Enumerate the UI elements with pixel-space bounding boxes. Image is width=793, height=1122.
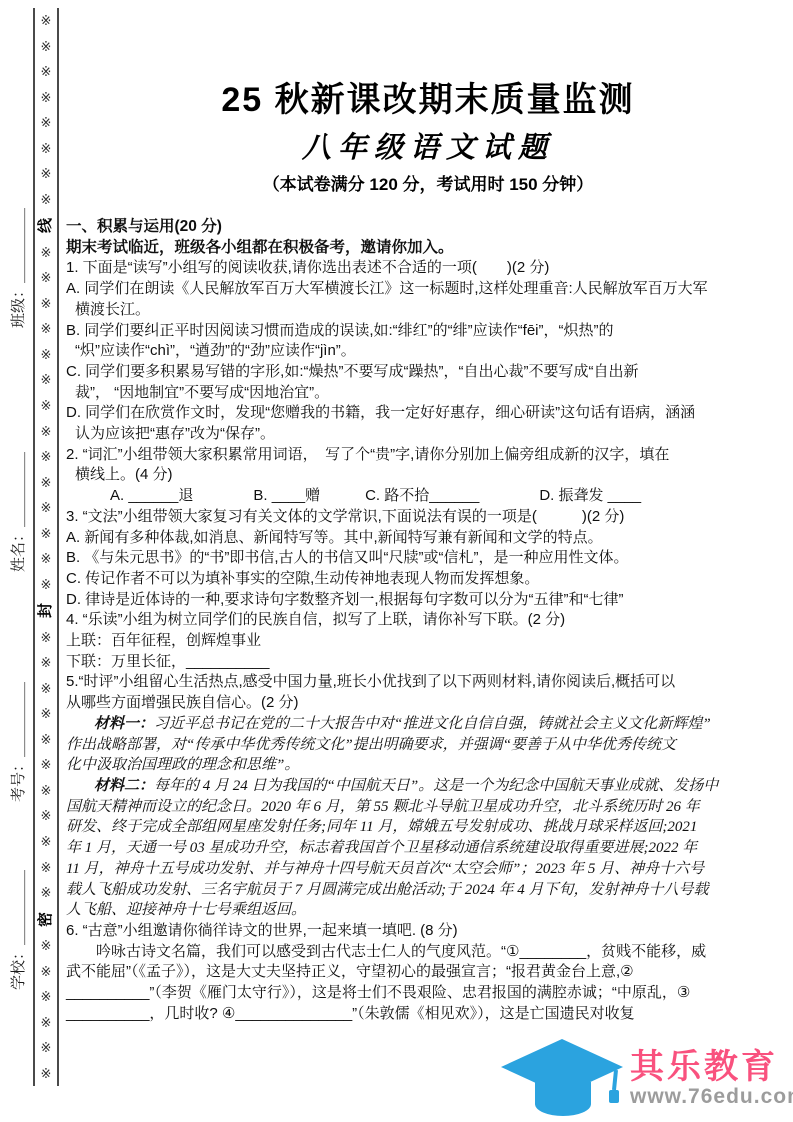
seal-line-mark: ※ [41, 990, 52, 1003]
line-text: 11 月，神舟十五号成功发射、并与神舟十四号航天员首次“太空会师”；2023 年… [66, 861, 704, 877]
seal-line-mark: ※ [41, 65, 52, 78]
seal-line-mark: ※ [41, 167, 52, 180]
seal-line-mark: ※ [41, 758, 52, 771]
line-text: 作出战略部署，对“传承中华优秀传统文化”提出明确要求，并强调“要善于从中华优秀传… [66, 737, 676, 753]
seal-line-mark: ※ [41, 501, 52, 514]
content-line: A. 同学们在朗读《人民解放军百万大军横渡长江》这一标题时,这样处理重音:人民解… [66, 279, 790, 300]
seal-line-mark: ※ [41, 656, 52, 669]
publisher-logo-text: 其乐教育 www.76edu.com [630, 1049, 793, 1109]
content-line: 认为应该把“惠存”改为“保存”。 [66, 424, 790, 445]
publisher-url: www.76edu.com [630, 1085, 793, 1109]
line-text: 武不能屈”（《孟子》），这是大丈夫坚持正义，守望初心的最强宣言；“报君黄金台上意… [66, 963, 634, 980]
content-line: 从哪些方面增强民族自信心。(2 分) [66, 693, 790, 714]
material-label: 材料二： [94, 778, 154, 794]
content-line: 5.“时评”小组留心生活热点,感受中国力量,班长小优找到了以下两则材料,请你阅读… [66, 672, 790, 693]
material-label: 材料一： [94, 716, 154, 732]
line-text: D. 同学们在欣赏作文时，发现“您赠我的书籍，我一定好好惠存，细心研读”这句话有… [66, 404, 695, 421]
line-text: A. ______退 B. ____赠 C. 路不拾______ D. 振聋发 … [110, 487, 641, 504]
content-line: B. 《与朱元思书》的“书”即书信,古人的书信又叫“尺牍”或“信札”，是一种应用… [66, 548, 790, 569]
content-line: D. 律诗是近体诗的一种,要求诗句字数整齐划一,根据每句字数可以分为“五律”和“… [66, 590, 790, 611]
content-line: 吟咏古诗文名篇，我们可以感受到古代志士仁人的气度风范。“①________，贫贱… [66, 942, 790, 963]
seal-line-mark: ※ [41, 965, 52, 978]
line-text: 人飞船、迎接神舟十七号乘组返回。 [66, 902, 306, 918]
content-line: 下联：万里长征，__________ [66, 652, 790, 673]
content-line: 作出战略部署，对“传承中华优秀传统文化”提出明确要求，并强调“要善于从中华优秀传… [66, 735, 790, 756]
line-text: 研发、终于完成全部组网星座发射任务;同年 11 月，嫦娥五号发射成功、挑战月球采… [66, 819, 697, 835]
seal-line-mark: ※ [41, 578, 52, 591]
page-title: 25 秋新课改期末质量监测 [66, 80, 790, 120]
exam-number-field: 考号：＿＿＿＿＿ [7, 667, 27, 817]
content-line: 上联：百年征程，创辉煌事业 [66, 631, 790, 652]
content-line: D. 同学们在欣赏作文时，发现“您赠我的书籍，我一定好好惠存，细心研读”这句话有… [66, 403, 790, 424]
school-field-blank: ＿＿＿＿＿ [10, 870, 27, 945]
line-text: 国航天精神而设立的纪念日。2020 年 6 月，第 55 颗北斗导航卫星成功升空… [66, 799, 700, 815]
line-text: 上联：百年征程，创辉煌事业 [66, 632, 261, 649]
line-text: 一、积累与运用(20 分) [66, 218, 222, 235]
content-line: 载人飞船成功发射、三名宇航员于 7 月圆满完成出舱活动;于 2024 年 4 月… [66, 880, 790, 901]
line-text: __________”（李贺《雁门太守行》），这是将士们不畏艰险、忠君报国的满腔… [66, 984, 690, 1001]
content-line: B. 同学们要纠正平时因阅读习惯而造成的误读,如:“绯红”的“绯”应读作“fēi… [66, 321, 790, 342]
content-line: __________，几时收? ④______________”（朱敦儒《相见欢… [66, 1004, 790, 1025]
content-line: 人飞船、迎接神舟十七号乘组返回。 [66, 900, 790, 921]
seal-line-mark: ※ [41, 425, 52, 438]
content-line: 裁”， “因地制宜”不要写成“因地治宜”。 [66, 383, 790, 404]
seal-line-mark: ※ [41, 631, 52, 644]
name-field: 姓名：＿＿＿＿＿ [7, 437, 27, 587]
publisher-name: 其乐教育 [630, 1049, 793, 1085]
seal-line-mark: ※ [41, 116, 52, 129]
seal-line-mark: 线 [38, 218, 53, 233]
line-text: B. 《与朱元思书》的“书”即书信,古人的书信又叫“尺牍”或“信札”，是一种应用… [66, 549, 628, 566]
seal-line-mark: ※ [41, 348, 52, 361]
seal-line-mark: ※ [41, 142, 52, 155]
class-field-blank: ＿＿＿＿＿ [10, 208, 27, 283]
line-text: 4. “乐读”小组为树立同学们的民族自信，拟写了上联，请你补写下联。(2 分) [66, 611, 565, 628]
line-text: 期末考试临近，班级各小组都在积极备考，邀请你加入。 [66, 239, 454, 256]
line-text: 3. “文法”小组带领大家复习有关文体的文学常识,下面说法有误的一项是( )(2… [66, 508, 624, 525]
seal-line-mark: ※ [41, 271, 52, 284]
content-line: A. 新闻有多种体裁,如消息、新闻特写等。其中,新闻特写兼有新闻和文学的特点。 [66, 528, 790, 549]
exam-header: 25 秋新课改期末质量监测 八年级语文试题 （本试卷满分 120 分，考试用时 … [66, 80, 790, 195]
seal-line-mark: ※ [41, 682, 52, 695]
seal-line-mark: ※ [41, 14, 52, 27]
line-text: A. 同学们在朗读《人民解放军百万大军横渡长江》这一标题时,这样处理重音:人民解… [66, 280, 708, 297]
content-line: 化中汲取治国理政的理念和思维”。 [66, 755, 790, 776]
name-field-label: 姓名： [10, 527, 27, 572]
content-line: “炽”应读作“chì”，“遒劲”的“劲”应读作“jìn”。 [66, 341, 790, 362]
line-text: “炽”应读作“chì”，“遒劲”的“劲”应读作“jìn”。 [75, 342, 356, 359]
line-text: 6. “古意”小组邀请你徜徉诗文的世界,一起来填一填吧. (8 分) [66, 922, 458, 939]
line-text: 每年的 4 月 24 日为我国的“中国航天日”。这是一个为纪念中国航天事业成就、… [154, 778, 718, 794]
seal-line-mark: ※ [41, 939, 52, 952]
line-text: 习近平总书记在党的二十大报告中对“推进文化自信自强，铸就社会主义文化新辉煌” [154, 716, 711, 732]
content-line: __________”（李贺《雁门太守行》），这是将士们不畏艰险、忠君报国的满腔… [66, 983, 790, 1004]
exam-body: 一、积累与运用(20 分) 期末考试临近，班级各小组都在积极备考，邀请你加入。 … [66, 217, 790, 1024]
exam-content: 25 秋新课改期末质量监测 八年级语文试题 （本试卷满分 120 分，考试用时 … [66, 0, 790, 1024]
content-line: C. 传记作者不可以为填补事实的空隙,生动传神地表现人物而发挥想象。 [66, 569, 790, 590]
line-text: 认为应该把“惠存”改为“保存”。 [75, 425, 275, 442]
content-line: 11 月，神舟十五号成功发射、并与神舟十四号航天员首次“太空会师”；2023 年… [66, 859, 790, 880]
seal-line-mark: ※ [41, 193, 52, 206]
seal-line-mark: ※ [41, 246, 52, 259]
content-line: 武不能屈”（《孟子》），这是大丈夫坚持正义，守望初心的最强宣言；“报君黄金台上意… [66, 962, 790, 983]
seal-line-mark: ※ [41, 784, 52, 797]
line-text: C. 传记作者不可以为填补事实的空隙,生动传神地表现人物而发挥想象。 [66, 570, 539, 587]
class-field-label: 班级： [10, 283, 27, 328]
name-field-blank: ＿＿＿＿＿ [10, 452, 27, 527]
seal-line-mark: 封 [38, 603, 53, 618]
seal-line-mark: ※ [41, 1041, 52, 1054]
content-line: 国航天精神而设立的纪念日。2020 年 6 月，第 55 颗北斗导航卫星成功升空… [66, 797, 790, 818]
content-line: 4. “乐读”小组为树立同学们的民族自信，拟写了上联，请你补写下联。(2 分) [66, 610, 790, 631]
seal-line-mark: ※ [41, 707, 52, 720]
seal-line-mark: ※ [41, 40, 52, 53]
seal-line-mark: ※ [41, 322, 52, 335]
line-text: B. 同学们要纠正平时因阅读习惯而造成的误读,如:“绯红”的“绯”应读作“fēi… [66, 322, 613, 339]
line-text: __________，几时收? ④______________”（朱敦儒《相见欢… [66, 1005, 635, 1022]
exam-info: （本试卷满分 120 分，考试用时 150 分钟） [66, 175, 790, 195]
seal-line-mark: ※ [41, 297, 52, 310]
content-line: 期末考试临近，班级各小组都在积极备考，邀请你加入。 [66, 238, 790, 259]
content-line: 6. “古意”小组邀请你徜徉诗文的世界,一起来填一填吧. (8 分) [66, 921, 790, 942]
line-text: A. 新闻有多种体裁,如消息、新闻特写等。其中,新闻特写兼有新闻和文学的特点。 [66, 529, 603, 546]
line-text: 年 1 月，天通一号 03 星成功升空，标志着我国首个卫星移动通信系统建设取得重… [66, 840, 697, 856]
line-text: 5.“时评”小组留心生活热点,感受中国力量,班长小优找到了以下两则材料,请你阅读… [66, 673, 675, 690]
content-line: 研发、终于完成全部组网星座发射任务;同年 11 月，嫦娥五号发射成功、挑战月球采… [66, 817, 790, 838]
seal-line-mark: ※ [41, 399, 52, 412]
content-line: 1. 下面是“读写”小组写的阅读收获,请你选出表述不合适的一项( )(2 分) [66, 258, 790, 279]
content-line: 材料二：每年的 4 月 24 日为我国的“中国航天日”。这是一个为纪念中国航天事… [66, 776, 790, 797]
content-line: 横渡长江。 [66, 300, 790, 321]
content-line: 年 1 月，天通一号 03 星成功升空，标志着我国首个卫星移动通信系统建设取得重… [66, 838, 790, 859]
line-text: 横渡长江。 [75, 301, 150, 318]
seal-line-mark: 密 [38, 912, 53, 927]
line-text: 1. 下面是“读写”小组写的阅读收获,请你选出表述不合适的一项( )(2 分) [66, 259, 549, 276]
seal-line-mark: ※ [41, 527, 52, 540]
seal-line-mark: ※ [41, 91, 52, 104]
line-text: 载人飞船成功发射、三名宇航员于 7 月圆满完成出舱活动;于 2024 年 4 月… [66, 882, 709, 898]
line-text: 化中汲取治国理政的理念和思维”。 [66, 757, 299, 773]
seal-line-mark: ※ [41, 1016, 52, 1029]
line-text: 从哪些方面增强民族自信心。(2 分) [66, 694, 299, 711]
seal-line-mark: ※ [41, 861, 52, 874]
seal-line-mark: ※ [41, 809, 52, 822]
seal-line-column: ※ ※ ※ ※ ※ ※ ※ ※ 线 ※ ※ ※ ※ ※ ※ ※ [33, 8, 59, 1086]
line-text: D. 律诗是近体诗的一种,要求诗句字数整齐划一,根据每句字数可以分为“五律”和“… [66, 591, 624, 608]
content-line: 2. “词汇”小组带领大家积累常用词语， 写了个“贵”字,请你分别加上偏旁组成新… [66, 445, 790, 466]
graduation-cap-icon [498, 1036, 628, 1122]
line-text: 吟咏古诗文名篇，我们可以感受到古代志士仁人的气度风范。“①________，贫贱… [96, 943, 706, 960]
content-line: A. ______退 B. ____赠 C. 路不拾______ D. 振聋发 … [66, 486, 790, 507]
line-text: 下联：万里长征，__________ [66, 653, 269, 670]
content-line: 一、积累与运用(20 分) [66, 217, 790, 238]
publisher-logo: 其乐教育 www.76edu.com [498, 1036, 793, 1122]
school-field: 学校：＿＿＿＿＿ [7, 855, 27, 1005]
exam-number-field-label: 考号： [10, 757, 27, 802]
content-line: 材料一：习近平总书记在党的二十大报告中对“推进文化自信自强，铸就社会主义文化新辉… [66, 714, 790, 735]
class-field: 班级：＿＿＿＿＿ [7, 193, 27, 343]
seal-line-mark: ※ [41, 886, 52, 899]
seal-line-mark: ※ [41, 476, 52, 489]
line-text: 裁”， “因地制宜”不要写成“因地治宜”。 [75, 384, 329, 401]
seal-line-mark: ※ [41, 1067, 52, 1080]
line-text: 横线上。(4 分) [75, 466, 173, 483]
school-field-label: 学校： [10, 945, 27, 990]
exam-number-field-blank: ＿＿＿＿＿ [10, 682, 27, 757]
seal-line-mark: ※ [41, 733, 52, 746]
seal-line-mark: ※ [41, 373, 52, 386]
line-text: C. 同学们要多积累易写错的字形,如:“燥热”不要写成“躁热”，“自出心裁”不要… [66, 363, 638, 380]
exam-subtitle: 八年级语文试题 [66, 132, 790, 165]
seal-line-mark: ※ [41, 835, 52, 848]
content-line: 3. “文法”小组带领大家复习有关文体的文学常识,下面说法有误的一项是( )(2… [66, 507, 790, 528]
content-line: 横线上。(4 分) [66, 465, 790, 486]
line-text: 2. “词汇”小组带领大家积累常用词语， 写了个“贵”字,请你分别加上偏旁组成新… [66, 446, 669, 463]
content-line: C. 同学们要多积累易写错的字形,如:“燥热”不要写成“躁热”，“自出心裁”不要… [66, 362, 790, 383]
seal-line-mark: ※ [41, 552, 52, 565]
seal-line-mark: ※ [41, 450, 52, 463]
